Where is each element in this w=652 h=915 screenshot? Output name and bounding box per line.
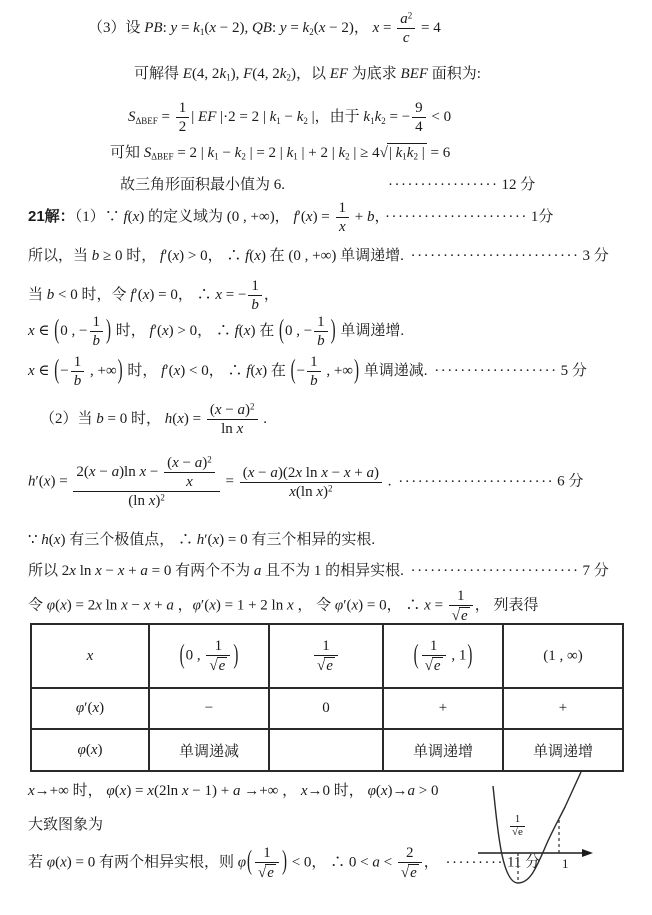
text-run: 单调递减 bbox=[179, 744, 239, 760]
text-run: 1 bbox=[74, 354, 82, 370]
math-var: a bbox=[372, 855, 380, 871]
text-run: | bbox=[418, 145, 425, 161]
table-row: x(0 , 1√e)1√e(1√e , 1)(1 , ∞) bbox=[31, 624, 623, 688]
math-var: x bbox=[215, 287, 222, 303]
text-run: ), bbox=[231, 66, 244, 82]
math-var: x bbox=[60, 855, 67, 871]
fraction: 1√e bbox=[314, 638, 338, 674]
line-limits: x→+∞ 时， φ(x) = x(2ln x − 1) + a →+∞ ， x→… bbox=[28, 782, 439, 802]
math-var: BEF bbox=[401, 66, 429, 82]
answer-sheet-page: （3）设 PB: y = k1(x − 2), QB: y = k2(x − 2… bbox=[0, 0, 652, 915]
superscript: 2 bbox=[207, 455, 212, 465]
dotted-leader: ·························· bbox=[411, 248, 580, 264]
text-run: ) = bbox=[126, 783, 147, 799]
text-run: 所以，当 bbox=[28, 248, 92, 264]
text-run: ) = 0， ∴ bbox=[149, 287, 215, 303]
table-cell: − bbox=[149, 688, 269, 729]
text-run: | + 2 | bbox=[298, 145, 339, 161]
text-run: , 1 bbox=[448, 647, 467, 663]
math-var: EF bbox=[198, 109, 216, 125]
text-run: ′( bbox=[36, 474, 44, 490]
text-run: = 6 bbox=[427, 145, 450, 161]
table-cell: + bbox=[383, 688, 503, 729]
text-run: = bbox=[177, 20, 193, 36]
math-var: b bbox=[74, 373, 82, 389]
text-run: − bbox=[297, 363, 305, 379]
math-var: h bbox=[41, 532, 49, 548]
text-run: > 0 bbox=[415, 783, 438, 799]
text-run: − bbox=[179, 455, 195, 471]
fraction: 1b bbox=[248, 278, 262, 313]
text-run: + bbox=[150, 598, 166, 614]
text-run: 9 bbox=[415, 100, 423, 116]
math-var: x bbox=[316, 484, 323, 500]
big-paren: ) bbox=[330, 314, 337, 350]
square-root: √| k1k2 | bbox=[380, 143, 427, 164]
text-run: = 2 | bbox=[174, 145, 208, 161]
text-run: 3 分 bbox=[582, 248, 608, 264]
text-run: 可解得 bbox=[134, 66, 183, 82]
text-run: ) = 1 + 2 ln bbox=[216, 598, 287, 614]
text-run: = bbox=[379, 20, 395, 36]
math-var: S bbox=[128, 109, 136, 125]
text-run: 0 , − bbox=[60, 323, 87, 339]
math-var: x bbox=[28, 783, 35, 799]
graph-min-label-den: √e bbox=[510, 827, 525, 839]
text-run: ′( bbox=[134, 287, 142, 303]
table-cell: 单调递增 bbox=[383, 729, 503, 771]
text-run: （1）∵ bbox=[75, 209, 124, 225]
line-conclusion-12pts: 故三角形面积最小值为 6.·················12 分 bbox=[120, 176, 535, 196]
big-paren: ) bbox=[232, 640, 239, 671]
math-var: EF bbox=[330, 66, 348, 82]
text-run: ) = bbox=[50, 474, 71, 490]
fraction: 1√e bbox=[449, 588, 473, 624]
line-interval-increase: x ∈ (0 , −1b) 时， f′(x) > 0， ∴ f(x) 在 (0 … bbox=[28, 314, 404, 349]
text-run: →0 时， bbox=[308, 783, 368, 799]
big-paren: ( bbox=[53, 314, 60, 350]
math-var: h bbox=[28, 474, 36, 490]
graph-min-label: 1 √e bbox=[510, 814, 525, 838]
text-run: . bbox=[384, 474, 395, 490]
variation-table: x(0 , 1√e)1√e(1√e , 1)(1 , ∞)φ′(x)−0++φ(… bbox=[30, 623, 624, 772]
text-run: ′( bbox=[165, 363, 173, 379]
text-run: = − bbox=[222, 287, 246, 303]
fraction: a2c bbox=[397, 11, 415, 46]
text-run: |，由于 bbox=[308, 109, 364, 125]
square-root: √e bbox=[425, 657, 443, 674]
text-run: ) = 0， ∴ bbox=[358, 598, 424, 614]
line-part2-hx: （2）当 b = 0 时， h(x) = (x − a)2ln x . bbox=[40, 402, 267, 437]
subscript: ΔBEF bbox=[136, 116, 158, 126]
text-run: （2）当 bbox=[40, 411, 96, 427]
math-var: e bbox=[267, 865, 274, 881]
table-cell: 1√e bbox=[269, 624, 383, 688]
text-run: ， bbox=[424, 855, 443, 871]
math-var: E bbox=[183, 66, 192, 82]
table-cell: + bbox=[503, 688, 623, 729]
text-run: 12 分 bbox=[501, 177, 535, 193]
text-run: 面积为: bbox=[428, 66, 481, 82]
text-run: = bbox=[287, 20, 303, 36]
math-var: b bbox=[317, 333, 325, 349]
text-run: )→ bbox=[388, 783, 408, 799]
text-run: →+∞ ， bbox=[240, 783, 300, 799]
math-var: a bbox=[112, 464, 120, 480]
graph-root-label: 1 bbox=[562, 857, 569, 871]
text-run: = 4 bbox=[417, 20, 440, 36]
text-run: 所以 2 bbox=[28, 563, 69, 579]
table-cell: 单调递减 bbox=[149, 729, 269, 771]
math-var: PB bbox=[144, 20, 162, 36]
text-run: 若 bbox=[28, 855, 47, 871]
math-var: b bbox=[310, 373, 318, 389]
text-run: ≥ 0 时， bbox=[99, 248, 160, 264]
text-run: (ln bbox=[128, 493, 148, 509]
line-phi-definition: 令 φ(x) = 2x ln x − x + a ，φ′(x) = 1 + 2 … bbox=[28, 588, 538, 624]
text-run: ， bbox=[174, 598, 193, 614]
text-run: + bbox=[351, 209, 367, 225]
math-var: x bbox=[186, 474, 193, 490]
dotted-leader: ·························· bbox=[411, 563, 580, 579]
math-var: φ bbox=[335, 598, 343, 614]
line-area-inequality: 可知 SΔBEF = 2 | k1 − k2 | = 2 | k1 | + 2 … bbox=[110, 143, 450, 164]
math-var: x bbox=[344, 465, 351, 481]
text-run: : bbox=[163, 20, 171, 36]
table-cell: 0 bbox=[269, 688, 383, 729]
square-root: √e bbox=[258, 864, 276, 881]
math-var: x bbox=[95, 563, 102, 579]
math-var: x bbox=[381, 783, 388, 799]
fraction: 1√e bbox=[255, 845, 279, 881]
math-var: y bbox=[280, 20, 287, 36]
fraction: (x − a)2x bbox=[164, 455, 215, 490]
superscript: 2 bbox=[408, 11, 413, 21]
math-var: x bbox=[95, 598, 102, 614]
big-paren: ( bbox=[290, 354, 297, 390]
text-run: 1 bbox=[430, 638, 438, 654]
superscript: 2 bbox=[160, 493, 165, 503]
big-paren: ) bbox=[466, 640, 473, 671]
text-run: ) = 2 bbox=[67, 598, 95, 614]
variation-table-grid: x(0 , 1√e)1√e(1√e , 1)(1 , ∞)φ′(x)−0++φ(… bbox=[30, 623, 624, 772]
math-var: x bbox=[28, 323, 35, 339]
table-cell: (1 , ∞) bbox=[503, 624, 623, 688]
big-paren: ( bbox=[53, 354, 60, 390]
text-run: | bbox=[389, 145, 396, 161]
math-var: b bbox=[96, 411, 104, 427]
fraction: 1b bbox=[314, 314, 328, 349]
text-run: − bbox=[102, 563, 118, 579]
line-part3-setup: （3）设 PB: y = k1(x − 2), QB: y = k2(x − 2… bbox=[88, 11, 441, 46]
math-var: x bbox=[87, 648, 94, 664]
text-run: ) 在 bbox=[262, 363, 290, 379]
math-var: e bbox=[410, 865, 417, 881]
big-paren: ) bbox=[105, 314, 112, 350]
text-run: , +∞ bbox=[323, 363, 353, 379]
text-run: ， 列表得 bbox=[475, 598, 539, 614]
math-var: x bbox=[321, 465, 328, 481]
table-cell: (1√e , 1) bbox=[383, 624, 503, 688]
fraction: 1x bbox=[336, 200, 350, 235]
text-run: 为底求 bbox=[348, 66, 401, 82]
text-run: ， bbox=[375, 209, 383, 225]
math-var: b bbox=[251, 297, 259, 313]
text-run: = bbox=[431, 598, 447, 614]
text-run: − 2)， bbox=[325, 20, 372, 36]
text-run: < bbox=[380, 855, 396, 871]
text-run: 1 bbox=[215, 638, 223, 654]
big-paren: ) bbox=[281, 845, 288, 881]
math-var: x bbox=[177, 411, 184, 427]
text-run: | = 2 | bbox=[246, 145, 287, 161]
text-run: 7 分 bbox=[583, 563, 609, 579]
fraction: (x − a)(2x ln x − x + a)x(ln x)2 bbox=[240, 465, 382, 500]
math-var: φ bbox=[47, 598, 55, 614]
text-run: 5 分 bbox=[561, 363, 587, 379]
text-run: − bbox=[222, 402, 238, 418]
sketch-graph-svg bbox=[472, 770, 652, 912]
line-area-formula: SΔBEF = 12| EF |·2 = 2 | k1 − k2 |，由于 k1… bbox=[128, 100, 451, 135]
text-run: 单调递增. bbox=[337, 323, 405, 339]
text-run: < 0 bbox=[428, 109, 451, 125]
text-run: ) = bbox=[184, 411, 205, 427]
math-var: x bbox=[121, 598, 128, 614]
fraction: (x − a)2ln x bbox=[207, 402, 258, 437]
line-three-extrema: ∵ h(x) 有三个极值点， ∴ h′(x) = 0 有三个相异的实根. bbox=[28, 531, 375, 551]
fraction: 1√e bbox=[206, 638, 230, 674]
fraction: 1b bbox=[307, 354, 321, 389]
text-run: 0 bbox=[322, 700, 330, 716]
math-var: QB bbox=[252, 20, 272, 36]
line-b-ge-0: 所以，当 b ≥ 0 时， f′(x) > 0， ∴ f(x) 在 (0 , +… bbox=[28, 247, 609, 267]
text-run: ′( bbox=[343, 598, 351, 614]
math-var: x bbox=[289, 484, 296, 500]
text-run: − bbox=[60, 363, 68, 379]
big-paren: ( bbox=[278, 314, 285, 350]
text-run: − bbox=[146, 464, 162, 480]
text-run: 单调递增 bbox=[533, 744, 593, 760]
math-var: F bbox=[243, 66, 252, 82]
math-var: a bbox=[367, 465, 375, 481]
math-var: x bbox=[209, 598, 216, 614]
text-run: 2( bbox=[76, 464, 89, 480]
text-run: = bbox=[222, 474, 238, 490]
fraction: 1b bbox=[90, 314, 104, 349]
math-var: x bbox=[237, 421, 244, 437]
graph-min-label-num: 1 bbox=[510, 814, 525, 827]
text-run: ) bbox=[99, 700, 104, 716]
text-run: − bbox=[254, 465, 270, 481]
text-run: 6 分 bbox=[557, 474, 583, 490]
math-var: a bbox=[140, 563, 148, 579]
math-var: x bbox=[69, 563, 76, 579]
math-var: k bbox=[193, 20, 200, 36]
sketch-graph: 1 √e 1 bbox=[472, 770, 652, 912]
text-run: < 0， ∴ 0 < bbox=[288, 855, 372, 871]
text-run: − bbox=[128, 598, 144, 614]
text-run: ∵ bbox=[28, 532, 41, 548]
math-var: a bbox=[408, 783, 416, 799]
math-var: e bbox=[461, 608, 468, 624]
text-run: 1 bbox=[251, 278, 259, 294]
text-run: − bbox=[328, 465, 344, 481]
math-var: x bbox=[254, 248, 261, 264]
math-var: x bbox=[172, 455, 179, 471]
line-two-roots-7pts: 所以 2x ln x − x + a = 0 有两个不为 a 且不为 1 的相异… bbox=[28, 562, 609, 582]
text-run: . bbox=[260, 411, 268, 427]
text-run: 0 , bbox=[186, 647, 205, 663]
math-var: φ bbox=[368, 783, 376, 799]
bold-heading: 21解： bbox=[28, 208, 75, 225]
text-run: 1 bbox=[317, 314, 325, 330]
text-run: ) > 0， ∴ bbox=[179, 248, 245, 264]
math-var: x bbox=[424, 598, 431, 614]
text-run: = 0 时， bbox=[104, 411, 165, 427]
table-cell: (0 , 1√e) bbox=[149, 624, 269, 688]
text-run: 1 bbox=[339, 200, 347, 216]
line-sketch-caption: 大致图象为 bbox=[28, 816, 103, 836]
math-var: x bbox=[301, 783, 308, 799]
line-h-derivative: h′(x) = 2(x − a)ln x − (x − a)2x(ln x)2 … bbox=[28, 455, 583, 510]
text-run: 1 bbox=[179, 100, 187, 116]
math-var: φ bbox=[238, 855, 246, 871]
text-run: < 0 时，令 bbox=[54, 287, 130, 303]
math-var: a bbox=[166, 598, 174, 614]
text-run: ) 在 (0 , +∞) 单调递增. bbox=[261, 248, 408, 264]
text-run: 1 bbox=[263, 845, 271, 861]
line-solve-ef: 可解得 E(4, 2k1), F(4, 2k2)，以 EF 为底求 BEF 面积… bbox=[134, 65, 481, 85]
text-run: 2 bbox=[406, 845, 414, 861]
text-run: = bbox=[158, 109, 174, 125]
table-row: φ′(x)−0++ bbox=[31, 688, 623, 729]
text-run: − bbox=[205, 700, 213, 716]
text-run: 令 bbox=[28, 598, 47, 614]
text-run: 时， bbox=[124, 363, 162, 379]
dotted-leader: ················· bbox=[388, 177, 498, 193]
text-run: + bbox=[351, 465, 367, 481]
text-run: )ln bbox=[119, 464, 139, 480]
text-run: 大致图象为 bbox=[28, 817, 103, 833]
text-run: 1分 bbox=[531, 209, 554, 225]
text-run: （3）设 bbox=[88, 20, 144, 36]
text-run: − 1) + bbox=[189, 783, 233, 799]
text-run: ln bbox=[102, 598, 121, 614]
text-run: 0 , − bbox=[285, 323, 312, 339]
big-paren: ( bbox=[413, 640, 420, 671]
text-run: − bbox=[96, 464, 112, 480]
table-cell: φ(x) bbox=[31, 729, 149, 771]
table-cell bbox=[269, 729, 383, 771]
math-var: φ bbox=[106, 783, 114, 799]
text-run: + bbox=[439, 700, 447, 716]
text-run: ) bbox=[97, 742, 102, 758]
fraction: 94 bbox=[412, 100, 426, 135]
math-var: x bbox=[215, 402, 222, 418]
text-run: ) = 0 有两个相异实根，则 bbox=[67, 855, 238, 871]
math-var: x bbox=[60, 598, 67, 614]
text-run: )，以 bbox=[291, 66, 330, 82]
dotted-leader: ··················· bbox=[434, 363, 557, 379]
line-b-lt-0: 当 b < 0 时，令 f′(x) = 0， ∴ x = −1b， bbox=[28, 278, 279, 313]
math-var: x bbox=[147, 783, 154, 799]
text-run: )(2 bbox=[278, 465, 296, 481]
text-run: ) 的定义域为 (0 , +∞)， bbox=[139, 209, 293, 225]
text-run: − bbox=[281, 109, 297, 125]
math-var: x bbox=[209, 20, 216, 36]
text-run: ∈ bbox=[35, 323, 54, 339]
math-var: a bbox=[238, 402, 246, 418]
axis-arrow bbox=[582, 849, 593, 857]
math-var: φ bbox=[78, 742, 86, 758]
text-run: : bbox=[272, 20, 280, 36]
text-run: − bbox=[219, 145, 235, 161]
math-var: x bbox=[287, 598, 294, 614]
fraction: 2(x − a)ln x − (x − a)2x(ln x)2 bbox=[73, 455, 219, 510]
math-var: a bbox=[270, 465, 278, 481]
text-run: | ≥ 4 bbox=[350, 145, 380, 161]
text-run: (ln bbox=[296, 484, 316, 500]
math-var: x bbox=[306, 209, 313, 225]
math-var: b bbox=[93, 333, 101, 349]
text-run: |·2 = 2 | bbox=[216, 109, 269, 125]
text-run: ) bbox=[374, 465, 379, 481]
text-run: 时， bbox=[112, 323, 150, 339]
text-run: 1 bbox=[93, 314, 101, 330]
text-run: − 2), bbox=[216, 20, 252, 36]
superscript: 2 bbox=[250, 402, 255, 412]
math-var: c bbox=[403, 30, 410, 46]
text-run: 且不为 1 的相异实根. bbox=[261, 563, 407, 579]
dotted-leader: ······················ bbox=[385, 209, 528, 225]
big-paren: ( bbox=[179, 640, 186, 671]
text-run: ) 有三个极值点， ∴ bbox=[60, 532, 196, 548]
text-run: + bbox=[124, 563, 140, 579]
big-paren: ) bbox=[117, 354, 124, 390]
math-var: x bbox=[182, 783, 189, 799]
square-root: √e bbox=[317, 657, 335, 674]
table-cell: 单调递增 bbox=[503, 729, 623, 771]
text-run: 当 bbox=[28, 287, 47, 303]
table-row: φ(x)单调递减单调递增单调递增 bbox=[31, 729, 623, 771]
math-var: a bbox=[400, 11, 408, 27]
math-var: e bbox=[326, 658, 333, 674]
math-var: x bbox=[339, 219, 346, 235]
line-interval-decrease: x ∈ (−1b , +∞) 时， f′(x) < 0， ∴ f(x) 在 (−… bbox=[28, 354, 587, 389]
text-run: ln bbox=[76, 563, 95, 579]
line-21-part1-domain: 21解：（1）∵ f(x) 的定义域为 (0 , +∞)， f′(x) = 1x… bbox=[28, 200, 553, 235]
fraction: 2√e bbox=[398, 845, 422, 881]
math-var: φ bbox=[76, 700, 84, 716]
text-run: ′( bbox=[204, 532, 212, 548]
math-var: x bbox=[162, 323, 169, 339]
math-var: φ bbox=[193, 598, 201, 614]
square-root: √e bbox=[401, 864, 419, 881]
text-run: →+∞ 时， bbox=[35, 783, 107, 799]
text-run: 1 bbox=[310, 354, 318, 370]
fraction: 1√e bbox=[422, 638, 446, 674]
text-run: 1 bbox=[457, 588, 465, 604]
text-run: ln bbox=[221, 421, 236, 437]
text-run: ， 令 bbox=[294, 598, 335, 614]
text-run: ′( bbox=[154, 323, 162, 339]
text-run: 2 bbox=[179, 119, 187, 135]
text-run: 单调递增 bbox=[413, 744, 473, 760]
text-run: (1 , ∞) bbox=[543, 648, 582, 664]
text-run: (4, 2 bbox=[192, 66, 220, 82]
math-var: e bbox=[219, 658, 226, 674]
text-run: 可知 bbox=[110, 145, 144, 161]
